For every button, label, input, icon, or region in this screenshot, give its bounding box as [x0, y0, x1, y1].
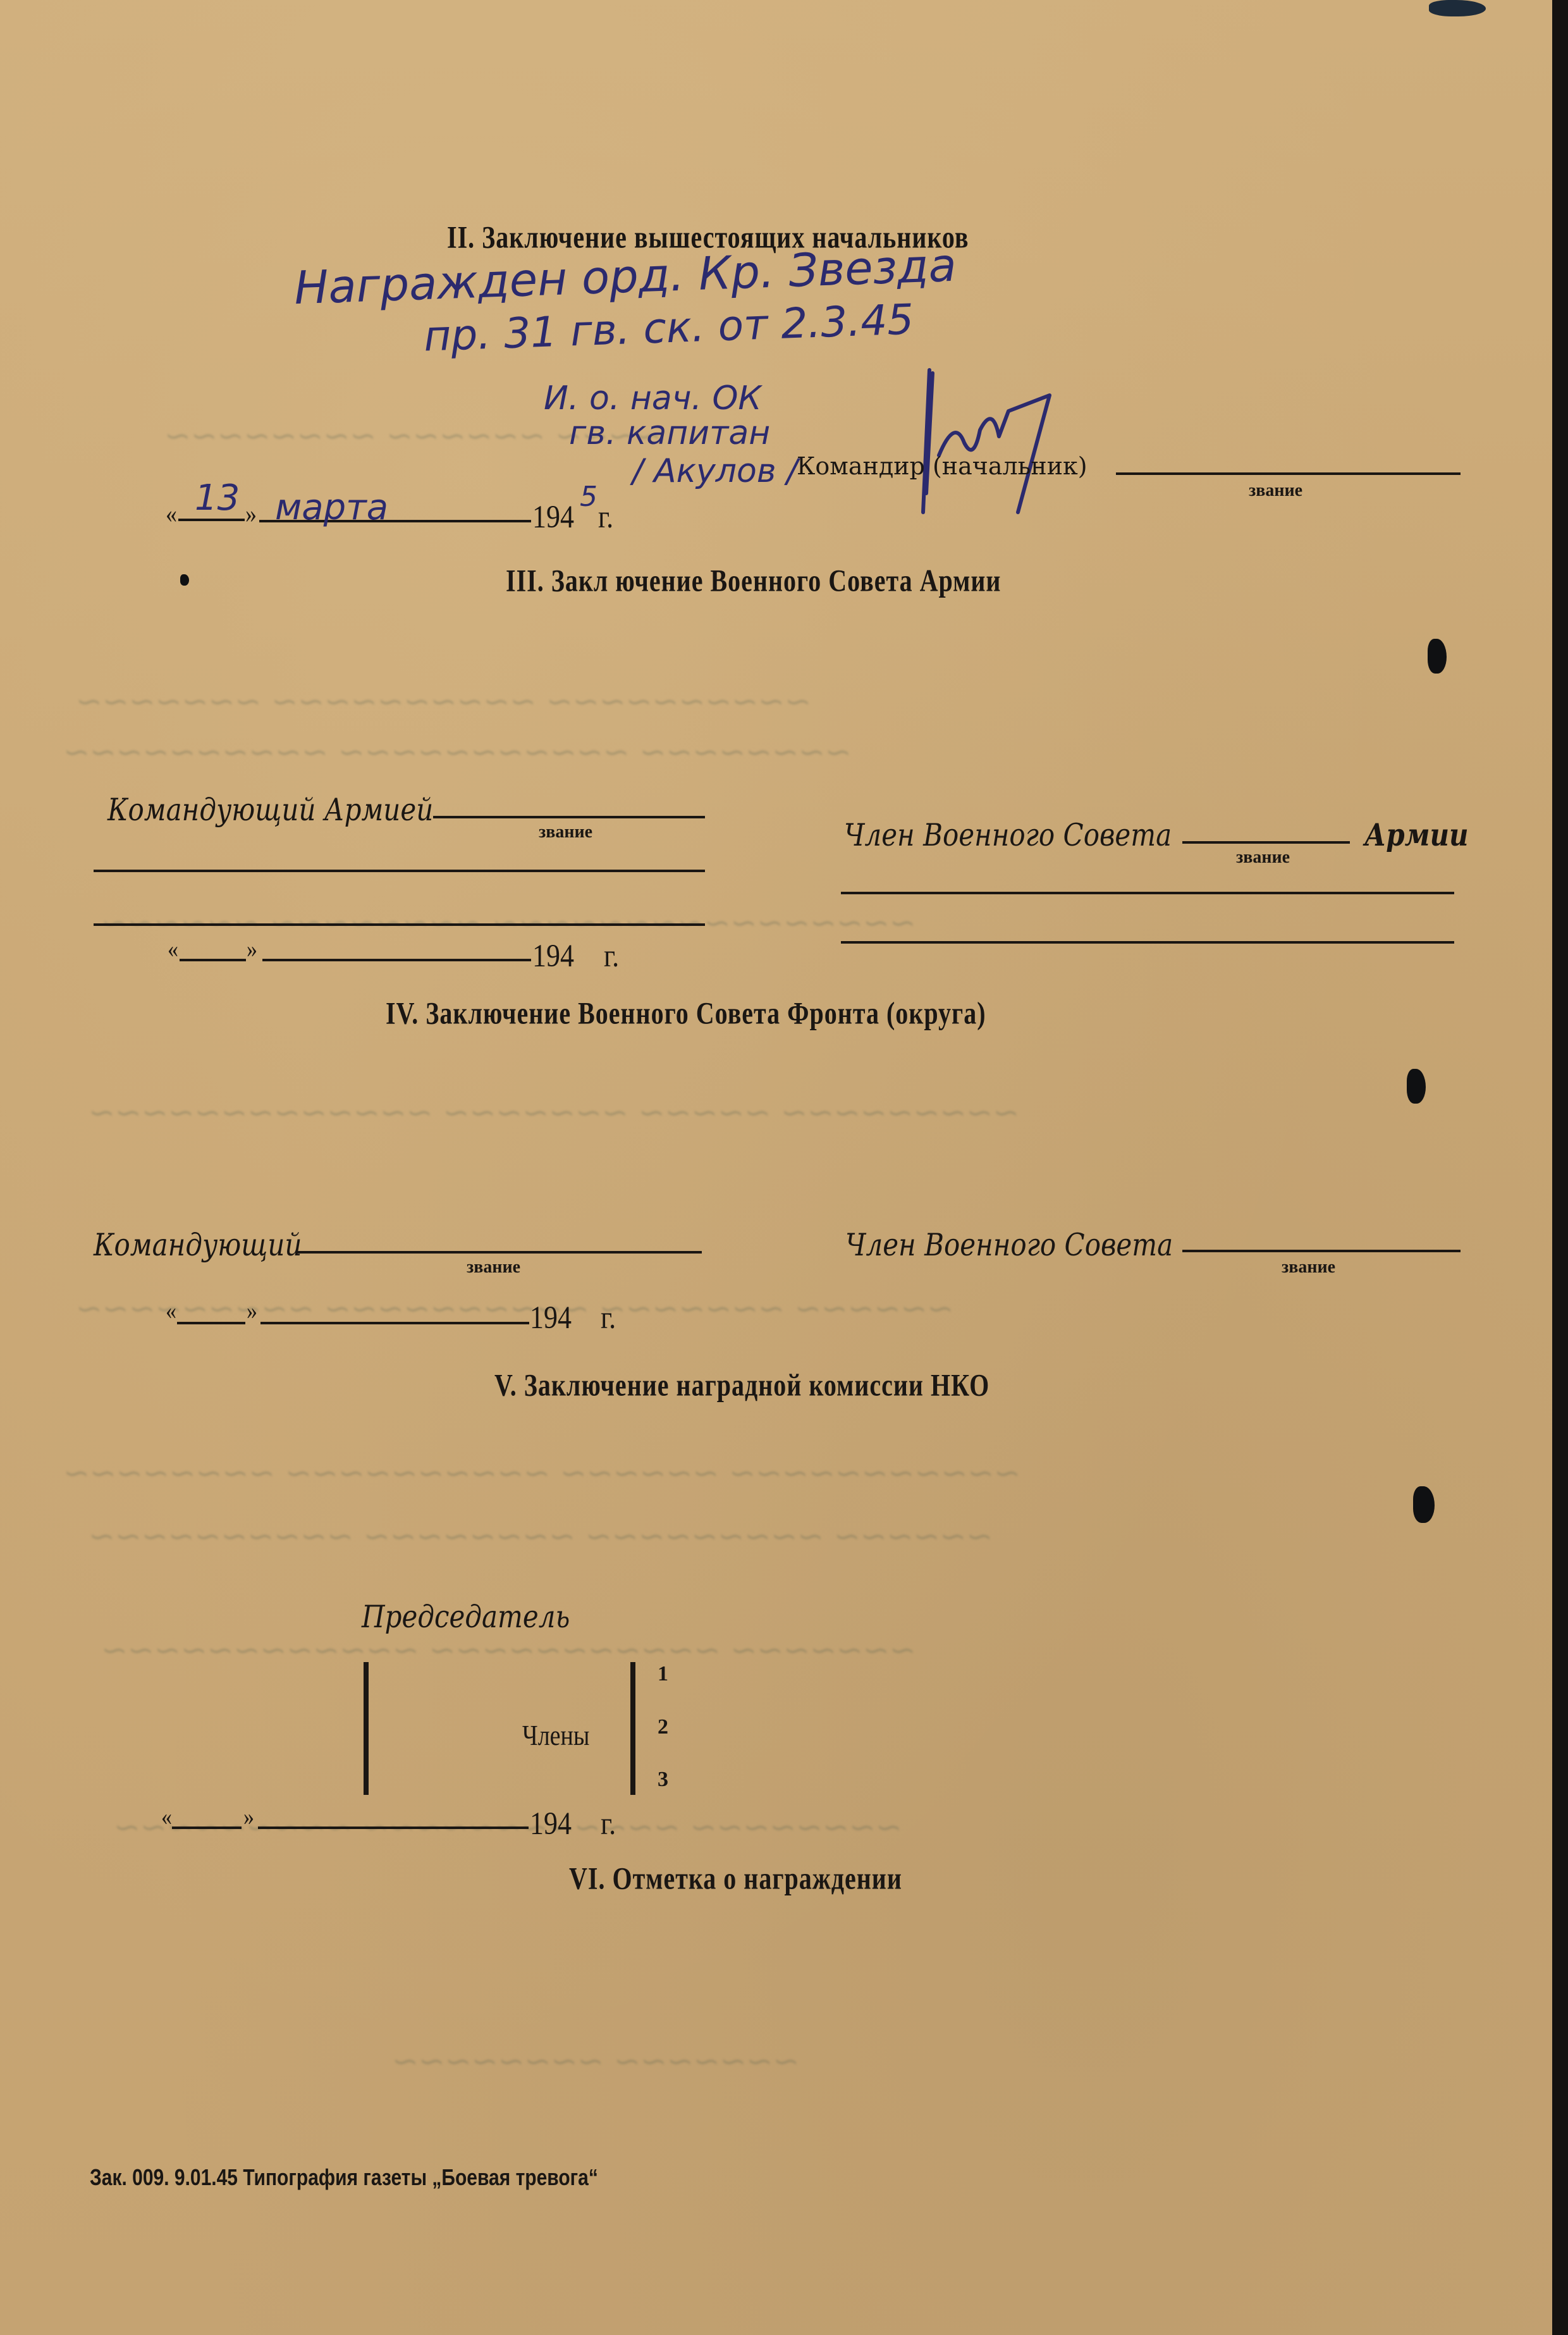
date-day-line	[178, 519, 245, 521]
date-year-suffix: 5	[580, 481, 597, 513]
army-date-year-label: г.	[604, 937, 619, 975]
commander-rank-label: звание	[1249, 481, 1302, 501]
front-date-month-line	[260, 1322, 529, 1324]
army-commander-name-line-1	[94, 870, 705, 872]
front-commander-rank-label: звание	[467, 1257, 520, 1278]
army-date-month-line	[262, 959, 531, 961]
army-council-suffix: Армии	[1364, 817, 1469, 853]
ink-blot	[1428, 639, 1447, 674]
nko-date-year-label: г.	[601, 1805, 616, 1842]
scan-border	[1552, 0, 1568, 2335]
date-day: 13	[195, 477, 240, 519]
section-3-heading: III. Закл ючение Военного Совета Армии	[506, 562, 1001, 599]
nko-date-close-quote: »	[243, 1804, 254, 1832]
date-month: марта	[275, 487, 388, 528]
front-date-year-prefix: 194	[530, 1299, 572, 1336]
army-council-rank-label: звание	[1236, 847, 1290, 868]
date-open-quote: «	[166, 498, 177, 529]
date-year-label: г.	[598, 498, 613, 536]
army-date-day-line	[180, 959, 246, 961]
army-commander-name-line-2	[94, 923, 705, 926]
bleed-through-text: ~~~~~~~~~~~ ~~~~~~ ~~~~~~~~~~ ~~~~~~~~	[63, 1455, 1020, 1491]
front-council-rank-line	[1182, 1250, 1461, 1252]
commander-rank-line	[1116, 472, 1461, 475]
committee-members-bar	[630, 1662, 635, 1795]
member-number-1: 1	[658, 1662, 668, 1686]
nko-date-open-quote: «	[161, 1804, 172, 1832]
commander-label: Командир (начальник)	[797, 452, 1087, 480]
date-year-prefix: 194	[532, 498, 574, 536]
bleed-through-text: ~~~~~~~~~ ~~~~~ ~~~~~~~ ~~~~~~~~~~~~~	[89, 1094, 1019, 1131]
front-date-year-label: г.	[601, 1299, 616, 1336]
bleed-through-text: ~~~~~~~~ ~~~~~~~~~~~ ~~~~~~~~~~	[63, 734, 852, 770]
army-commander-rank-label: звание	[539, 822, 592, 842]
front-commander-rank-line	[297, 1251, 702, 1254]
ink-blot	[1429, 0, 1486, 16]
nko-date-year-prefix: 194	[530, 1805, 572, 1842]
army-council-rank-line	[1182, 841, 1350, 844]
section-5-heading: V. Заключение наградной комиссии НКО	[494, 1366, 989, 1403]
front-date-day-line	[177, 1322, 245, 1324]
nko-date-day-line	[172, 1827, 242, 1829]
army-date-year-prefix: 194	[532, 937, 574, 975]
signature-scribble	[904, 367, 1075, 519]
signer-title-line-2: гв. капитан	[569, 414, 770, 452]
front-council-member-label: Член Военного Совета	[845, 1227, 1173, 1262]
document-page: ~~~~ ~~~~~~ ~~~~~~~~ ~~~~~~~~~~ ~~~~~~~~…	[0, 0, 1552, 2335]
section-6-heading: VI. Отметка о награждении	[569, 1859, 902, 1897]
bleed-through-text: ~~~~~~~ ~~~~~~~~	[392, 2043, 799, 2079]
chairman-label: Председатель	[362, 1599, 570, 1634]
army-commander-rank-line	[433, 816, 705, 818]
date-close-quote: »	[245, 498, 257, 529]
army-council-name-line-2	[841, 941, 1454, 944]
ink-blot	[1407, 1069, 1426, 1104]
army-date-open-quote: «	[168, 936, 178, 964]
front-commander-label: Командующий	[94, 1227, 302, 1262]
signer-name: / Акулов /	[632, 452, 798, 490]
nko-date-month-line	[258, 1827, 529, 1829]
ink-blot	[1413, 1486, 1435, 1523]
front-council-rank-label: звание	[1282, 1257, 1335, 1278]
front-date-close-quote: »	[247, 1298, 257, 1326]
army-council-member-label: Член Военного Совета	[844, 817, 1172, 853]
section-4-heading: IV. Заключение Военного Совета Фронта (о…	[386, 994, 986, 1032]
bleed-through-text: ~~~~~~~ ~~~~~~~~~~~ ~~~~~~~~~~~~	[101, 1632, 916, 1668]
bleed-through-text: ~~~~~~~~~~ ~~~~~~~~~~ ~~~~~~~	[76, 683, 811, 720]
signer-title-line-1: И. о. нач. ОК	[544, 379, 761, 417]
army-commander-label: Командующий Армией	[107, 792, 433, 827]
members-list-rule	[364, 1662, 369, 1795]
member-number-2: 2	[658, 1715, 668, 1739]
front-date-open-quote: «	[166, 1298, 176, 1326]
army-date-close-quote: »	[247, 936, 257, 964]
bleed-through-text: ~~~~~~ ~~~~~~~~~ ~~~~~~~~ ~~~~~~~~~~	[89, 1518, 993, 1555]
ink-blot	[180, 574, 189, 586]
members-label: Члены	[522, 1719, 589, 1753]
printer-imprint: Зак. 009. 9.01.45 Типография газеты „Бое…	[90, 2166, 598, 2191]
army-council-name-line-1	[841, 892, 1454, 894]
member-number-3: 3	[658, 1768, 668, 1792]
bleed-through-text: ~~~~~~~~~~~~~~~~ ~~~~~~~~ ~~~~~~	[101, 904, 916, 941]
